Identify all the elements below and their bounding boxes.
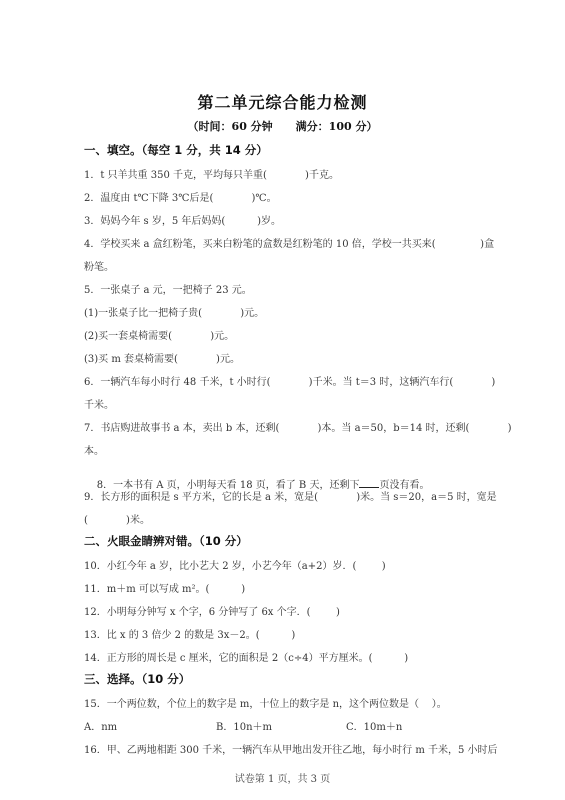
question-9: 9．长方形的面积是 s 平方米，它的长是 a 米，宽是( )米。当 s＝20，a… xyxy=(84,488,497,503)
question-5: 5．一张桌子 a 元，一把椅子 23 元。 xyxy=(84,281,252,296)
question-3: 3．妈妈今年 s 岁，5 年后妈妈( )岁。 xyxy=(84,212,281,227)
question-6-cont: 千米。 xyxy=(84,396,114,411)
page-title: 第二单元综合能力检测 xyxy=(0,90,565,113)
option-a: A．nm xyxy=(84,718,117,733)
question-16: 16．甲、乙两地相距 300 千米，一辆汽车从甲地出发开往乙地，每小时行 m 千… xyxy=(84,741,498,756)
page-footer: 试卷第 1 页，共 3 页 xyxy=(0,770,565,785)
section-heading-fill-blank: 一、填空。（每空 1 分，共 14 分） xyxy=(84,142,268,158)
question-6: 6．一辆汽车每小时行 48 千米，t 小时行( )千米。当 t＝3 时，这辆汽车… xyxy=(84,373,495,388)
section-heading-true-false: 二、火眼金睛辨对错。（10 分） xyxy=(84,533,248,549)
question-1: 1．t 只羊共重 350 千克，平均每只羊重( )千克。 xyxy=(84,166,339,181)
option-b: B．10n＋m xyxy=(216,718,272,733)
question-4: 4．学校买来 a 盒红粉笔，买来白粉笔的盒数是红粉笔的 10 倍，学校一共买来(… xyxy=(84,235,494,250)
section-heading-choice: 三、选择。（10 分） xyxy=(84,671,190,687)
option-c: C．10m＋n xyxy=(346,718,402,733)
question-9-cont: ( )米。 xyxy=(84,511,150,526)
question-11: 11．m＋m 可以写成 m²。( ) xyxy=(84,580,245,595)
question-10: 10．小红今年 a 岁，比小艺大 2 岁，小艺今年（a+2）岁．( ) xyxy=(84,557,386,572)
question-14: 14．正方形的周长是 c 厘米，它的面积是 2（c÷4）平方厘米。( ) xyxy=(84,649,408,664)
question-5-1: (1)一张桌子比一把椅子贵( )元。 xyxy=(84,304,264,319)
exam-time-score: （时间：60 分钟 满分：100 分） xyxy=(0,118,565,134)
question-12: 12．小明每分钟写 x 个字，6 分钟写了 6x 个字．( ) xyxy=(84,603,340,618)
exam-page: 第二单元综合能力检测 （时间：60 分钟 满分：100 分） 一、填空。（每空 … xyxy=(0,0,565,800)
question-5-3: (3)买 m 套桌椅需要( )元。 xyxy=(84,350,240,365)
question-15: 15．一个两位数，个位上的数字是 m，十位上的数字是 n，这个两位数是（ ）。 xyxy=(84,695,447,710)
question-4-cont: 粉笔。 xyxy=(84,258,114,273)
question-13: 13．比 x 的 3 倍少 2 的数是 3x－2。( ) xyxy=(84,626,295,641)
question-2: 2．温度由 t℃下降 3℃后是( )℃。 xyxy=(84,189,277,204)
answer-blank-underline xyxy=(359,478,379,488)
question-7: 7．书店购进故事书 a 本，卖出 b 本，还剩( )本。当 a＝50，b＝14 … xyxy=(84,419,512,434)
question-7-cont: 本。 xyxy=(84,442,104,457)
question-5-2: (2)买一套桌椅需要( )元。 xyxy=(84,327,234,342)
